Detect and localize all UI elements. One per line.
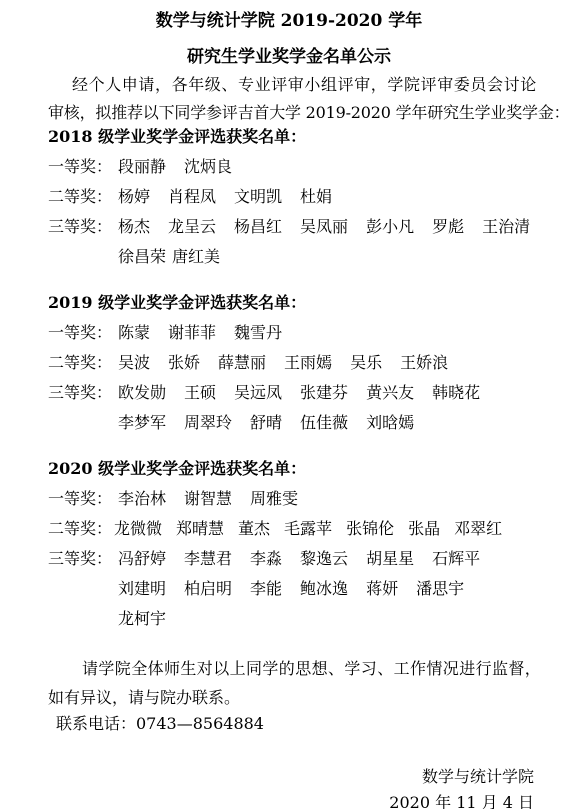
awardee-name: 彭小凡 <box>366 217 414 247</box>
awardee-name: 李梦军 <box>118 413 166 443</box>
first-prize-row: 一等奖： 段丽静 沈炳良 <box>48 157 568 187</box>
awardee-name: 潘思宇 <box>416 579 464 609</box>
awardee-name: 伍佳薇 <box>300 413 348 443</box>
prize-label: 三等奖： <box>48 383 118 413</box>
contact-phone: 联系电话：0743—8564884 <box>56 711 264 734</box>
third-prize-row-continued: 徐昌荣 唐红美 <box>48 247 568 277</box>
awardee-name: 杨婷 <box>118 187 150 217</box>
awardee-name: 张晶 <box>408 519 440 549</box>
awardee-name: 周翠玲 <box>184 413 232 443</box>
section-heading: 2018 级学业奖学金评选获奖名单： <box>48 127 568 157</box>
awardee-name: 欧发勋 <box>118 383 166 413</box>
supervision-notice-line2: 如有异议，请与院办联系。 <box>48 685 240 708</box>
section-2018: 2018 级学业奖学金评选获奖名单： 一等奖： 段丽静 沈炳良 二等奖： 杨婷 … <box>48 127 568 277</box>
awardee-name: 张建芬 <box>300 383 348 413</box>
prize-label: 三等奖： <box>48 217 118 247</box>
awardee-name: 魏雪丹 <box>234 323 282 353</box>
second-prize-row: 二等奖： 吴波 张娇 薛慧丽 王雨嫣 吴乐 王娇浪 <box>48 353 568 383</box>
awardee-name: 胡星星 <box>366 549 414 579</box>
awardee-name: 薛慧丽 <box>218 353 266 383</box>
awardee-name: 杨昌红 <box>234 217 282 247</box>
awardee-name: 沈炳良 <box>184 157 232 187</box>
awardee-name: 文明凯 <box>234 187 282 217</box>
document-title-line1: 数学与统计学院 2019-2020 学年 <box>0 6 578 31</box>
awardee-name: 吴凤丽 <box>300 217 348 247</box>
awardee-name: 杜娟 <box>300 187 332 217</box>
awardee-name: 柏启明 <box>184 579 232 609</box>
intro-paragraph-line2: 审核，拟推荐以下同学参评吉首大学 2019-2020 学年研究生学业奖学金： <box>48 100 548 123</box>
awardee-name: 刘晗嫣 <box>366 413 414 443</box>
third-prize-row: 三等奖： 杨杰 龙呈云 杨昌红 吴凤丽 彭小凡 罗彪 王治清 <box>48 217 568 247</box>
awardee-name: 王娇浪 <box>400 353 448 383</box>
awardee-name: 肖程凤 <box>168 187 216 217</box>
awardee-name: 徐昌荣 <box>118 247 166 277</box>
awardee-name: 李慧君 <box>184 549 232 579</box>
awardee-name: 黄兴友 <box>366 383 414 413</box>
awardee-name: 刘建明 <box>118 579 166 609</box>
awardee-name: 龙呈云 <box>168 217 216 247</box>
first-prize-row: 一等奖： 李治林 谢智慧 周雅雯 <box>48 489 568 519</box>
awardee-name: 冯舒婷 <box>118 549 166 579</box>
awardee-name: 邓翠红 <box>454 519 502 549</box>
awardee-name: 陈蒙 <box>118 323 150 353</box>
awardee-name: 周雅雯 <box>250 489 298 519</box>
awardee-name: 龙柯宇 <box>118 609 166 639</box>
awardee-name: 黎逸云 <box>300 549 348 579</box>
awardee-name: 杨杰 <box>118 217 150 247</box>
third-prize-row: 三等奖： 冯舒婷 李慧君 李淼 黎逸云 胡星星 石辉平 <box>48 549 568 579</box>
document-page: 数学与统计学院 2019-2020 学年 研究生学业奖学金名单公示 经个人申请，… <box>0 0 578 809</box>
prize-label: 一等奖： <box>48 323 118 353</box>
section-heading: 2020 级学业奖学金评选获奖名单： <box>48 459 568 489</box>
intro-paragraph-line1: 经个人申请，各年级、专业评审小组评审，学院评审委员会讨论 <box>72 72 572 95</box>
awardee-name: 唐红美 <box>172 247 220 277</box>
awardee-name: 李治林 <box>118 489 166 519</box>
section-2020: 2020 级学业奖学金评选获奖名单： 一等奖： 李治林 谢智慧 周雅雯 二等奖：… <box>48 459 568 639</box>
awardee-name: 韩晓花 <box>432 383 480 413</box>
second-prize-row: 二等奖： 龙微微 郑晴慧 董杰 毛露苹 张锦伦 张晶 邓翠红 <box>48 519 568 549</box>
awardee-name: 石辉平 <box>432 549 480 579</box>
awardee-name: 罗彪 <box>432 217 464 247</box>
awardee-name: 董杰 <box>238 519 270 549</box>
awardee-name: 王硕 <box>184 383 216 413</box>
awardee-name: 王治清 <box>482 217 530 247</box>
prize-label: 二等奖： <box>48 519 114 549</box>
document-title-line2: 研究生学业奖学金名单公示 <box>0 42 578 67</box>
first-prize-row: 一等奖： 陈蒙 谢菲菲 魏雪丹 <box>48 323 568 353</box>
awardee-name: 谢智慧 <box>184 489 232 519</box>
section-2019: 2019 级学业奖学金评选获奖名单： 一等奖： 陈蒙 谢菲菲 魏雪丹 二等奖： … <box>48 293 568 443</box>
supervision-notice-line1: 请学院全体师生对以上同学的思想、学习、工作情况进行监督， <box>82 656 541 679</box>
awardee-name: 龙微微 <box>114 519 162 549</box>
prize-label: 一等奖： <box>48 489 118 519</box>
awardee-name: 吴波 <box>118 353 150 383</box>
awardee-name: 舒晴 <box>250 413 282 443</box>
awardee-name: 吴乐 <box>350 353 382 383</box>
awardee-name: 郑晴慧 <box>176 519 224 549</box>
prize-label: 二等奖： <box>48 353 118 383</box>
awardee-name: 王雨嫣 <box>284 353 332 383</box>
section-heading: 2019 级学业奖学金评选获奖名单： <box>48 293 568 323</box>
signature-college: 数学与统计学院 <box>422 764 534 787</box>
prize-label: 三等奖： <box>48 549 118 579</box>
awardee-name: 李能 <box>250 579 282 609</box>
awardee-name: 鲍冰逸 <box>300 579 348 609</box>
awardee-name: 张锦伦 <box>346 519 394 549</box>
awardee-name: 蒋妍 <box>366 579 398 609</box>
prize-label: 二等奖： <box>48 187 118 217</box>
third-prize-row-continued: 李梦军 周翠玲 舒晴 伍佳薇 刘晗嫣 <box>48 413 568 443</box>
signature-date: 2020 年 11 月 4 日 <box>389 790 534 809</box>
third-prize-row: 三等奖： 欧发勋 王硕 吴远凤 张建芬 黄兴友 韩晓花 <box>48 383 568 413</box>
awardee-name: 吴远凤 <box>234 383 282 413</box>
prize-label: 一等奖： <box>48 157 118 187</box>
awardee-name: 张娇 <box>168 353 200 383</box>
second-prize-row: 二等奖： 杨婷 肖程凤 文明凯 杜娟 <box>48 187 568 217</box>
awardee-name: 段丽静 <box>118 157 166 187</box>
third-prize-row-continued: 刘建明 柏启明 李能 鲍冰逸 蒋妍 潘思宇 <box>48 579 568 609</box>
awardee-name: 李淼 <box>250 549 282 579</box>
awardee-name: 谢菲菲 <box>168 323 216 353</box>
third-prize-row-continued: 龙柯宇 <box>48 609 568 639</box>
awardee-name: 毛露苹 <box>284 519 332 549</box>
